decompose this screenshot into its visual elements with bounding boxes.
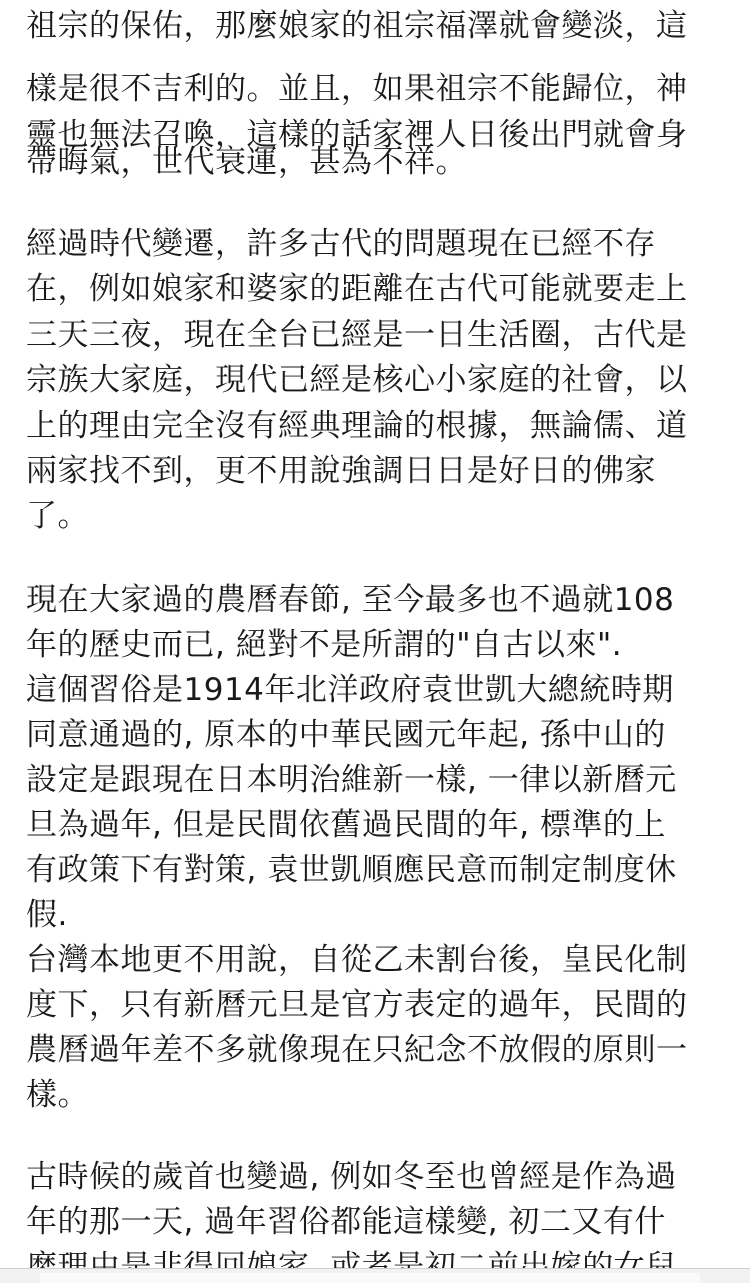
text-line: 三天三夜，現在全台已經是一日生活圈，古代是 bbox=[26, 313, 688, 357]
text-line: 在，例如娘家和婆家的距離在古代可能就要走上 bbox=[26, 267, 688, 311]
text-line: 年的那一天, 過年習俗都能這樣變, 初二又有什 bbox=[26, 1200, 666, 1244]
text-line: 有政策下有對策, 袁世凱順應民意而制定制度休 bbox=[26, 848, 677, 892]
text-line: 樣。 bbox=[26, 1073, 89, 1117]
bottom-edge-bar bbox=[0, 1268, 750, 1283]
text-line: 這個習俗是1914年北洋政府袁世凱大總統時期 bbox=[26, 668, 674, 712]
text-line: 帶晦氣，世代衰運，甚為不祥。 bbox=[26, 140, 467, 184]
text-line: 農曆過年差不多就像現在只紀念不放假的原則一 bbox=[26, 1028, 688, 1072]
text-line: 現在大家過的農曆春節, 至今最多也不過就108 bbox=[26, 578, 674, 622]
text-line: 祖宗的保佑，那麼娘家的祖宗福澤就會變淡，這 bbox=[26, 4, 688, 48]
text-line: 古時候的歲首也變過, 例如冬至也曾經是作為過 bbox=[26, 1155, 677, 1199]
text-line: 經過時代變遷，許多古代的問題現在已經不存 bbox=[26, 222, 656, 266]
text-line: 同意通過的, 原本的中華民國元年起, 孫中山的 bbox=[26, 713, 666, 757]
text-line: 度下，只有新曆元旦是官方表定的過年，民間的 bbox=[26, 983, 688, 1027]
text-line: 假. bbox=[26, 893, 68, 937]
text-line: 了。 bbox=[26, 494, 89, 538]
text-line: 宗族大家庭，現代已經是核心小家庭的社會，以 bbox=[26, 358, 688, 402]
text-line: 上的理由完全沒有經典理論的根據，無論儒、道 bbox=[26, 404, 688, 448]
text-line: 年的歷史而已, 絕對不是所謂的"自古以來". bbox=[26, 623, 622, 667]
text-line: 台灣本地更不用說，自從乙未割台後，皇民化制 bbox=[26, 938, 688, 982]
bottom-edge-panel bbox=[40, 1273, 700, 1283]
text-line: 設定是跟現在日本明治維新一樣, 一律以新曆元 bbox=[26, 758, 677, 802]
text-line: 旦為過年, 但是民間依舊過民間的年, 標準的上 bbox=[26, 803, 666, 847]
text-line: 兩家找不到，更不用說強調日日是好日的佛家 bbox=[26, 449, 656, 493]
text-line: 樣是很不吉利的。並且，如果祖宗不能歸位，神 bbox=[26, 67, 688, 111]
